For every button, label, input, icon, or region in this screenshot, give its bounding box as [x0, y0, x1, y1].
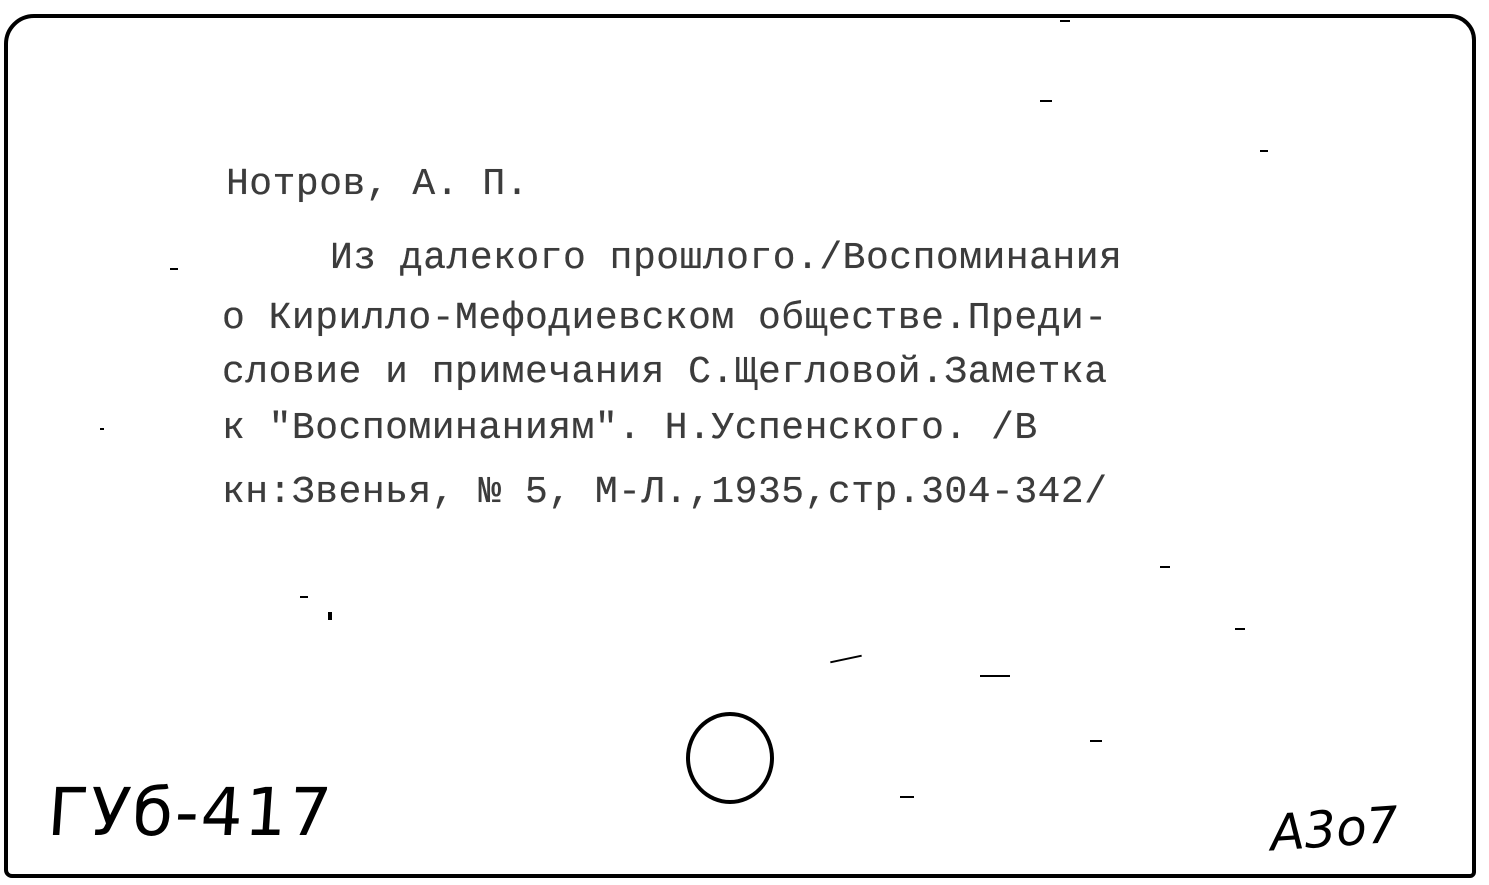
scan-speck — [900, 796, 914, 798]
scan-speck — [1060, 20, 1070, 22]
scan-speck — [300, 596, 308, 598]
punch-hole-circle — [686, 712, 774, 804]
card-entry-line-1: Из далекого прошлого./Воспоминания — [330, 240, 1122, 278]
scan-speck — [328, 612, 332, 620]
scan-speck — [1260, 150, 1268, 152]
card-author: Нотров, А. П. — [226, 166, 529, 204]
scan-speck — [100, 428, 104, 430]
card-entry-line-4: к "Воспоминаниям". Н.Успенского. /В — [222, 410, 1038, 448]
card-entry-line-2: о Кирилло-Мефодиевском обществе.Преди- — [222, 300, 1108, 338]
scan-speck — [1235, 628, 1245, 630]
handwritten-location-code: А3о7 — [1268, 796, 1400, 863]
handwritten-shelfmark: ГУб-417 — [45, 774, 335, 851]
scan-speck — [1090, 740, 1102, 742]
scan-speck — [170, 268, 178, 270]
scan-speck — [980, 675, 1010, 677]
card-entry-line-3: словие и примечания С.Щегловой.Заметка — [222, 354, 1108, 392]
scan-speck — [1160, 566, 1170, 568]
scan-speck — [1040, 100, 1052, 102]
card-entry-line-5: кн:Звенья, № 5, М-Л.,1935,стр.304-342/ — [222, 474, 1108, 512]
